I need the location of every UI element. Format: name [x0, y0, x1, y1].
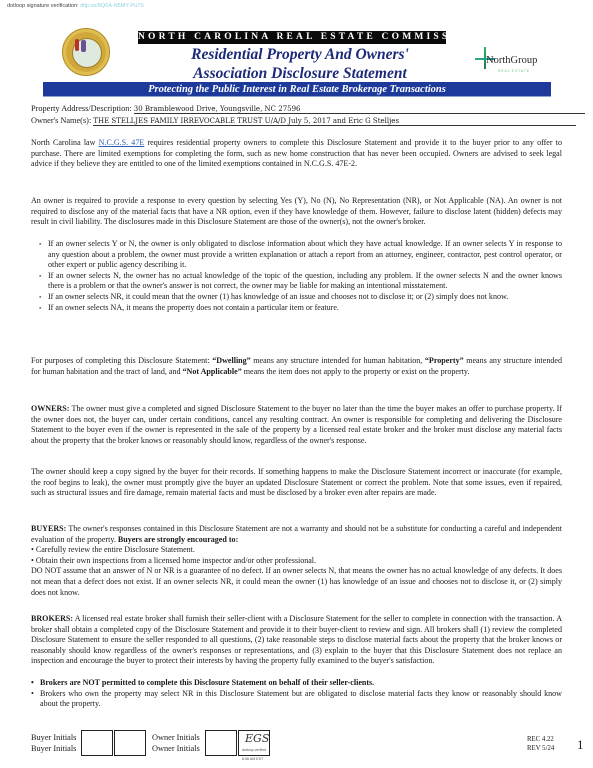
buyers-encouraged: Buyers are strongly encouraged to:	[118, 535, 238, 544]
signature-stamp-verified: dotloop verified	[241, 748, 267, 752]
buyer-initials-box-2[interactable]	[114, 730, 146, 756]
term-not-applicable: “Not Applicable”	[183, 367, 242, 376]
dotloop-verification: dotloop signature verification: dtlp.us/…	[7, 3, 144, 9]
owner-name-row: Owner's Name(s): THE STELLJES FAMILY IRR…	[31, 116, 576, 126]
nc-state-seal-icon	[62, 28, 110, 76]
brokers-paragraph: BROKERS: A licensed real estate broker s…	[31, 614, 562, 667]
revision-date: REV 5/24	[527, 745, 554, 752]
term-dwelling: “Dwelling”	[212, 356, 250, 365]
owners-heading: OWNERS:	[31, 404, 69, 413]
brand-subtitle: REAL ESTATE	[498, 69, 530, 73]
property-address-field[interactable]: 30 Bramblewood Drive, Youngsville, NC 27…	[134, 105, 585, 114]
term-property: “Property”	[425, 356, 464, 365]
intro-text-start: North Carolina law	[31, 138, 99, 147]
def-dwelling: means any structure intended for human h…	[251, 356, 425, 365]
owner-initials-label-2: Owner Initials	[152, 744, 200, 753]
brokers-bullet-list: Brokers are NOT permitted to complete th…	[31, 678, 562, 710]
buyer-bullet-inspections: • Obtain their own inspections from a li…	[31, 556, 562, 567]
response-paragraph: An owner is required to provide a respon…	[31, 196, 562, 228]
owner-initials-box-2[interactable]: EGS dotloop verified	[238, 730, 270, 756]
verification-code-link[interactable]: dtlp.us/8Q6A-N5MY-Pu7S	[80, 3, 144, 9]
form-title-line2: Association Disclosure Statement	[150, 65, 450, 83]
owners-text: The owner must give a completed and sign…	[31, 404, 562, 445]
buyer-initials-label-2: Buyer Initials	[31, 744, 76, 753]
property-address-row: Property Address/Description: 30 Bramble…	[31, 104, 585, 114]
buyers-warning: DO NOT assume that an answer of N or NR …	[31, 566, 562, 598]
buyers-text: The owner's responses contained in this …	[31, 524, 562, 544]
owner-initials-box-1[interactable]	[205, 730, 237, 756]
buyer-initials-box-1[interactable]	[81, 730, 113, 756]
commission-name: NORTH CAROLINA REAL ESTATE COMMISSION	[138, 31, 446, 44]
brokers-text: A licensed real estate broker shall furn…	[31, 614, 562, 665]
owner-name-label: Owner's Name(s):	[31, 116, 91, 125]
tagline-banner: Protecting the Public Interest in Real E…	[43, 82, 551, 97]
list-item: If an owner selects NA, it means the pro…	[48, 303, 562, 314]
buyer-bullet-review: • Carefully review the entire Disclosure…	[31, 545, 562, 556]
property-address-label: Property Address/Description:	[31, 104, 132, 113]
page-number: 1	[577, 737, 584, 753]
buyers-heading: BUYERS:	[31, 524, 66, 533]
owners-paragraph: OWNERS: The owner must give a completed …	[31, 404, 562, 446]
owner-copy-paragraph: The owner should keep a copy signed by t…	[31, 467, 562, 499]
list-item: Brokers are NOT permitted to complete th…	[31, 678, 562, 689]
form-title-line1: Residential Property And Owners'	[150, 46, 450, 64]
ncgs-47e-link[interactable]: N.C.G.S. 47E	[99, 138, 145, 147]
brand-name: NorthGroup	[486, 55, 537, 66]
def-not-applicable: means the item does not apply to the pro…	[242, 367, 470, 376]
definitions-lead: For purposes of completing this Disclosu…	[31, 356, 212, 365]
owner-initials-label-1: Owner Initials	[152, 733, 200, 742]
owner-name-field[interactable]: THE STELLJES FAMILY IRREVOCABLE TRUST U/…	[93, 117, 576, 126]
definitions-paragraph: For purposes of completing this Disclosu…	[31, 356, 562, 377]
buyers-paragraph: BUYERS: The owner's responses contained …	[31, 524, 562, 598]
list-item: If an owner selects N, the owner has no …	[48, 271, 562, 292]
northgroup-logo: NorthGroup REAL ESTATE	[472, 47, 542, 77]
list-item: If an owner selects NR, it could mean th…	[48, 292, 562, 303]
form-number: REC 4.22	[527, 736, 554, 743]
brokers-heading: BROKERS:	[31, 614, 73, 623]
verification-label: dotloop signature verification:	[7, 3, 79, 9]
list-item: If an owner selects Y or N, the owner is…	[48, 239, 562, 271]
response-bullet-list: If an owner selects Y or N, the owner is…	[48, 239, 562, 313]
buyer-initials-label-1: Buyer Initials	[31, 733, 76, 742]
owner-initials-signature: EGS	[245, 732, 269, 745]
signature-stamp-time: 8:56 AM EDT	[242, 757, 263, 761]
intro-paragraph: North Carolina law N.C.G.S. 47E requires…	[31, 138, 562, 170]
list-item: Brokers who own the property may select …	[31, 689, 562, 710]
